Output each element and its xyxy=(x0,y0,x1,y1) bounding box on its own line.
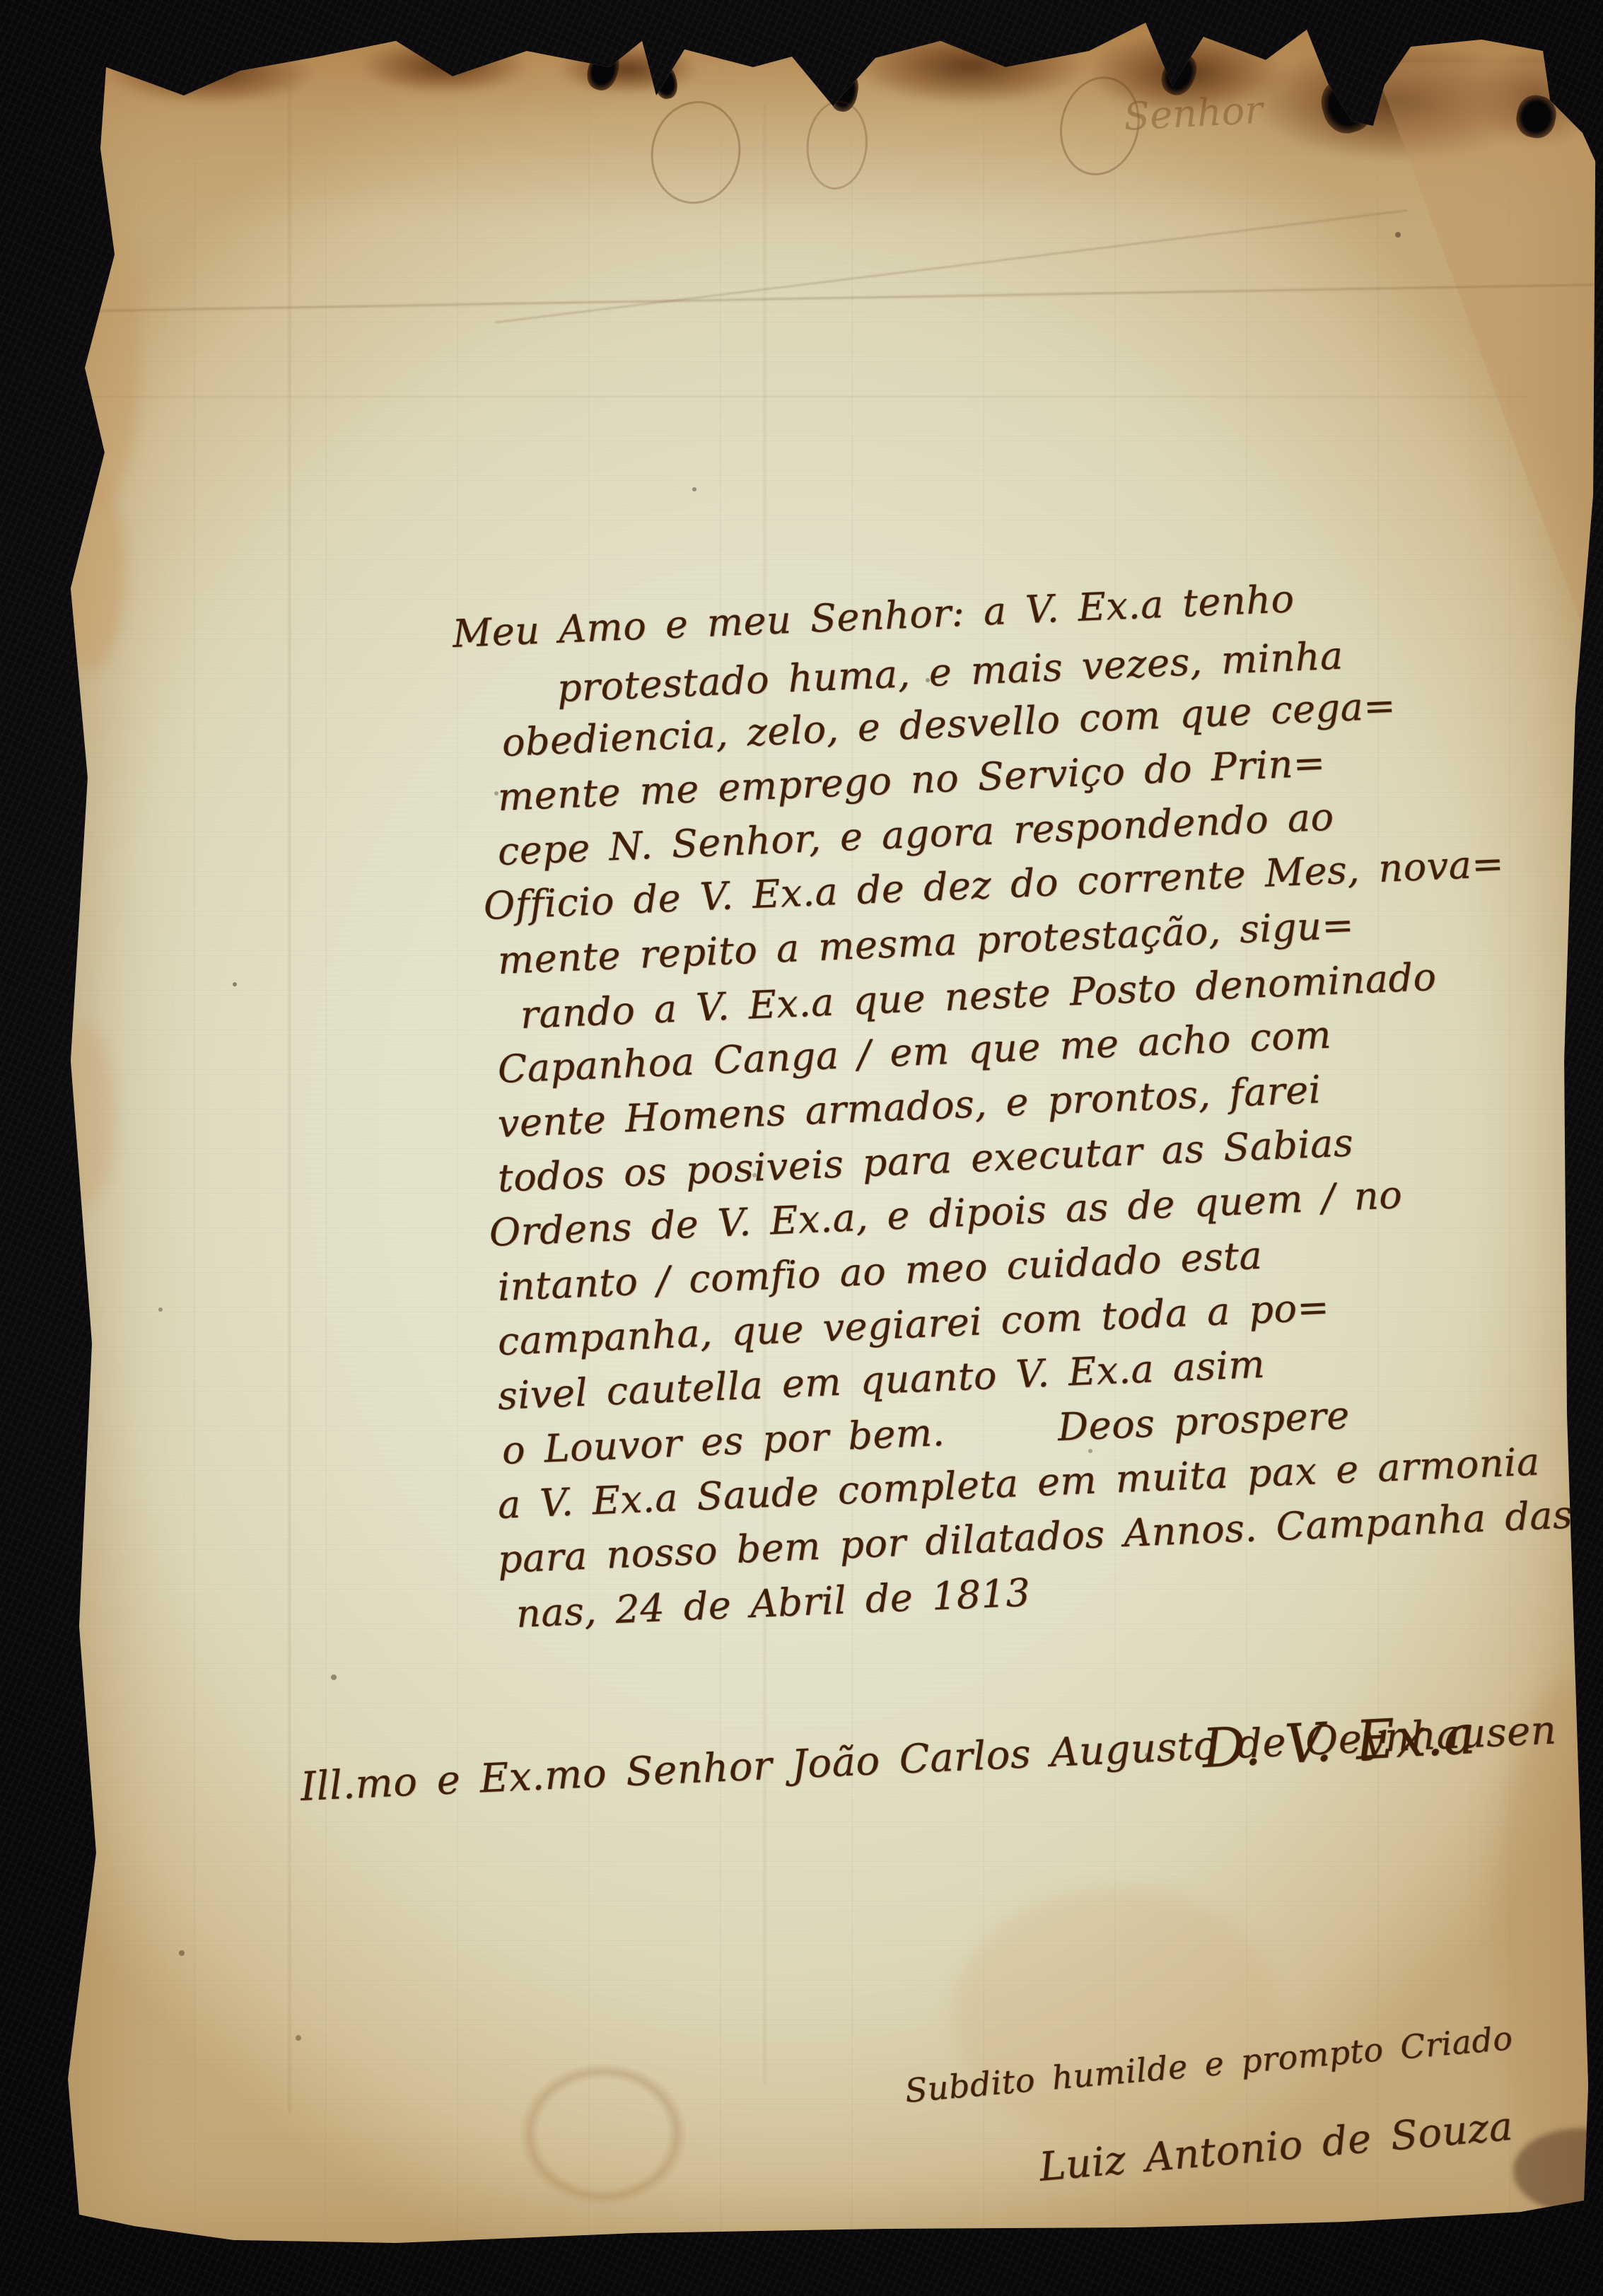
letter-body: Meu Amo e meu Senhor: a V. Ex.a tenhopro… xyxy=(453,607,1598,1641)
ink-flourish-loop xyxy=(803,98,871,192)
fold-crease xyxy=(288,62,291,2113)
manuscript-page: Senhor Meu Amo e meu Senhor: a V. Ex.a t… xyxy=(62,20,1603,2266)
docket-word: Senhor xyxy=(1123,88,1264,139)
scratch-line xyxy=(495,210,1408,323)
fold-crease xyxy=(62,396,1526,397)
bottom-stain xyxy=(953,1887,1278,2141)
photograph-of-manuscript: Senhor Meu Amo e meu Senhor: a V. Ex.a t… xyxy=(0,0,1603,2296)
ink-flourish-loop xyxy=(642,93,750,211)
fold-crease xyxy=(62,284,1603,313)
ring-stain xyxy=(486,2035,720,2233)
